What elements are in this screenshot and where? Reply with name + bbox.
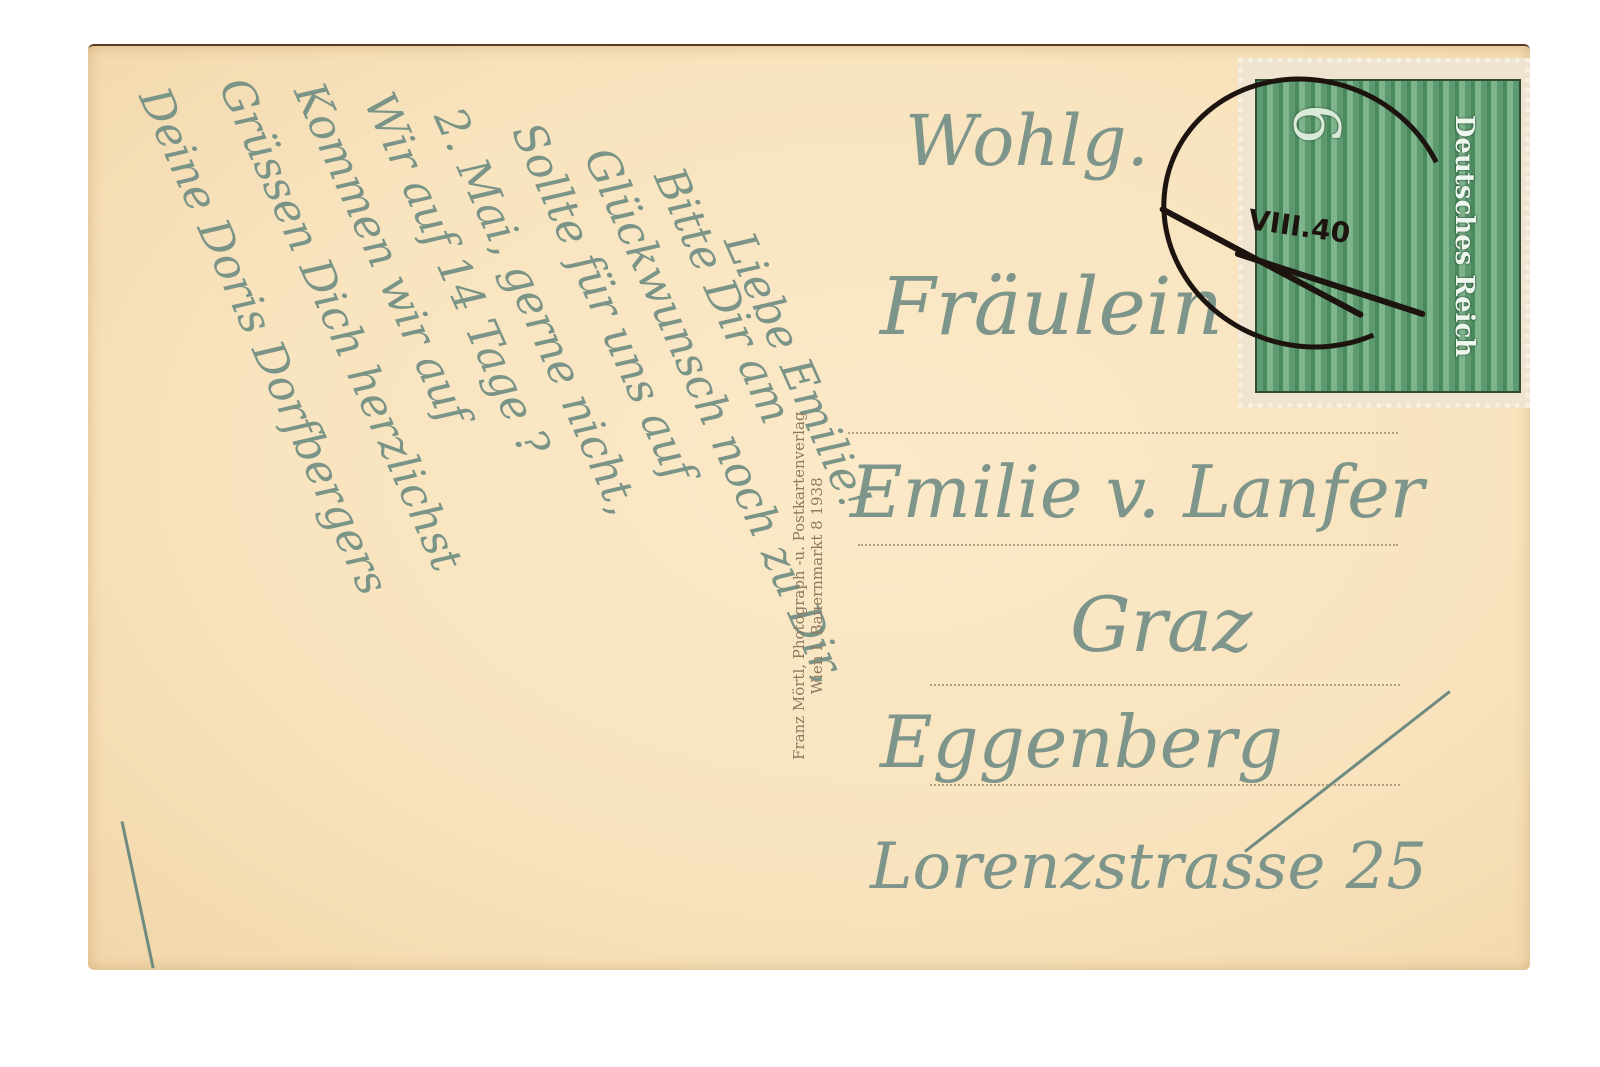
address-guide-line (930, 684, 1400, 686)
address-name: Emilie v. Lanfer (850, 450, 1424, 534)
stamp-country: Deutsches Reich (1449, 115, 1479, 357)
address-city: Graz (1070, 580, 1252, 669)
publisher-line-2: Wien I. Bauernmarkt 8 1938 (808, 411, 826, 760)
publisher-line-1: Franz Mörtl, Photograph -u. Postkartenve… (790, 411, 808, 760)
address-guide-line (858, 544, 1398, 546)
publisher-imprint: Franz Mörtl, Photograph -u. Postkartenve… (790, 411, 826, 760)
address-district: Eggenberg (880, 700, 1283, 784)
address-street: Lorenzstrasse 25 (870, 830, 1427, 904)
address-guide-line (848, 432, 1398, 434)
address-title: Fräulein (880, 260, 1223, 353)
address-salutation: Wohlg. (905, 100, 1149, 182)
